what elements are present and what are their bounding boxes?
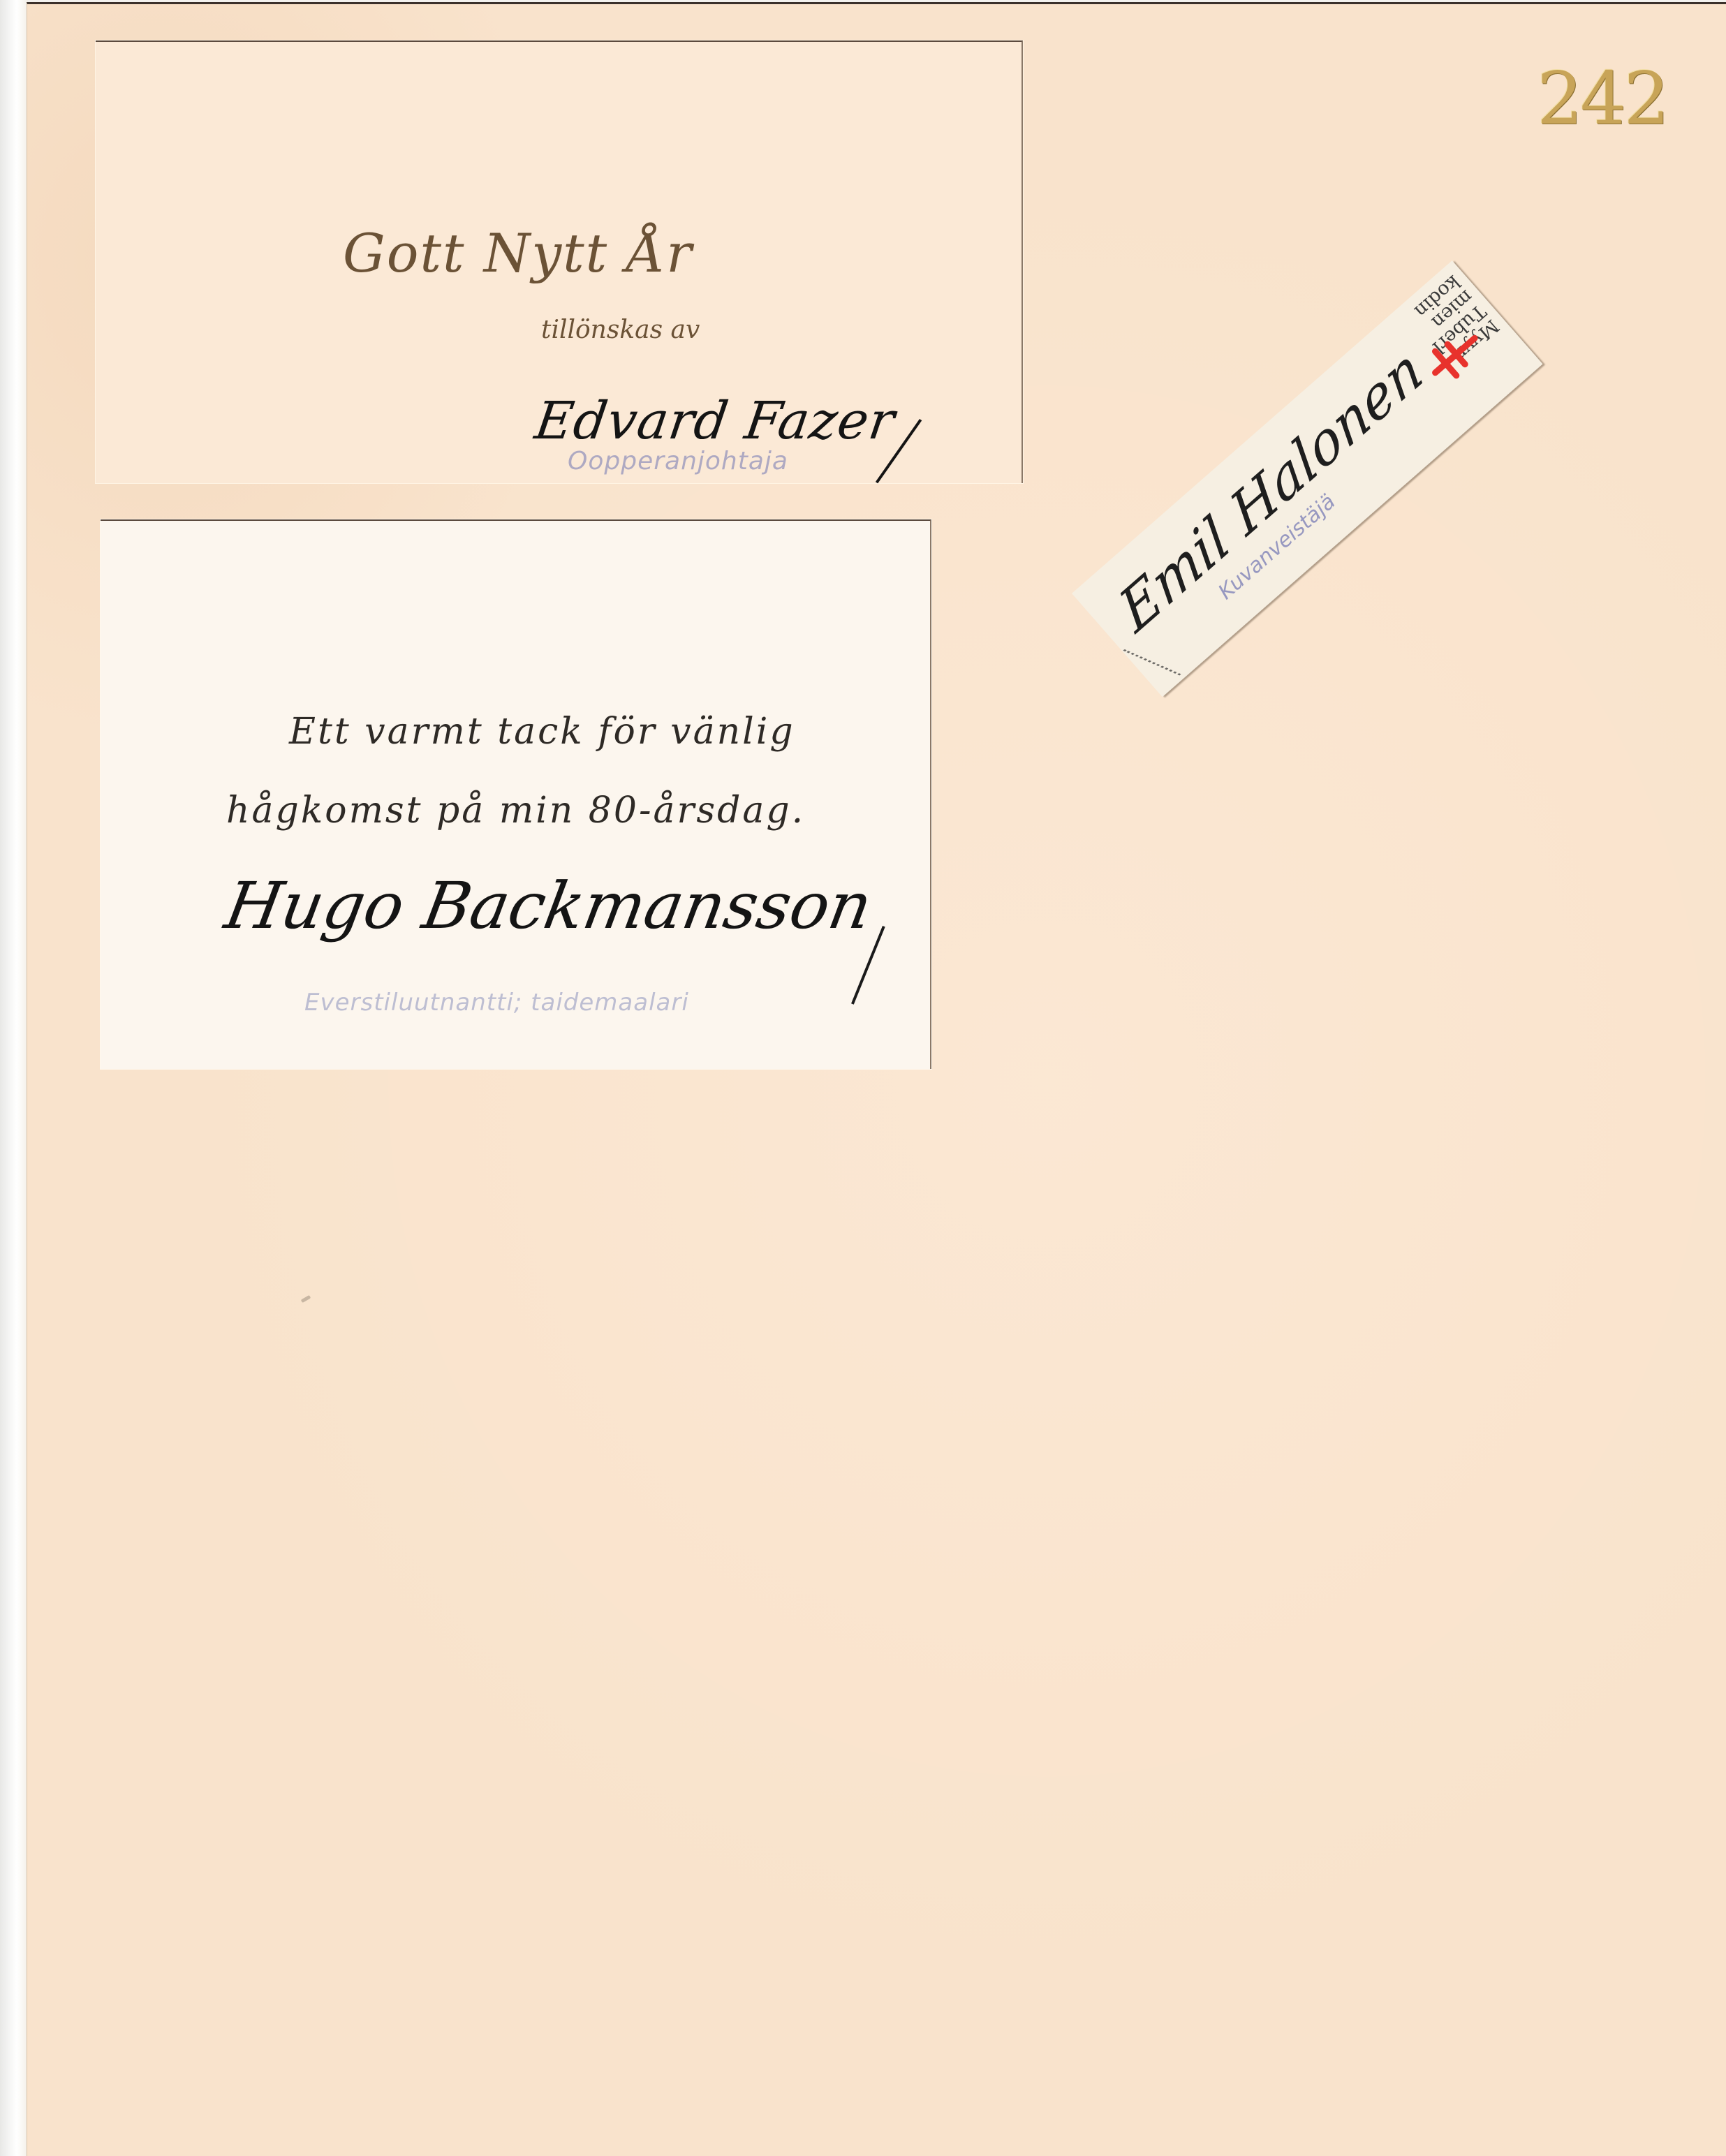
- page-number: 242: [1537, 56, 1667, 141]
- card-text-line-1: Ett varmt tack för vänlig: [289, 711, 795, 753]
- scanner-edge: [0, 0, 28, 2156]
- card-greeting: Gott Nytt År: [343, 222, 693, 284]
- card-subline: tillönskas av: [541, 316, 700, 344]
- new-year-card: Gott Nytt År tillönskas av Edvard Fazer …: [96, 40, 1023, 483]
- pencil-annotation: Oopperanjohtaja: [568, 447, 788, 475]
- pencil-annotation: Everstiluutnantti; taidemaalari: [304, 989, 689, 1017]
- card-text-line-2: hågkomst på min 80-årsdag.: [226, 790, 805, 832]
- thank-you-card: Ett varmt tack för vänlig hågkomst på mi…: [101, 519, 931, 1069]
- signature-edvard-fazer: Edvard Fazer: [531, 391, 899, 451]
- page-mark: [301, 1295, 311, 1303]
- signature-hugo-backmansson: Hugo Backmansson: [220, 869, 878, 943]
